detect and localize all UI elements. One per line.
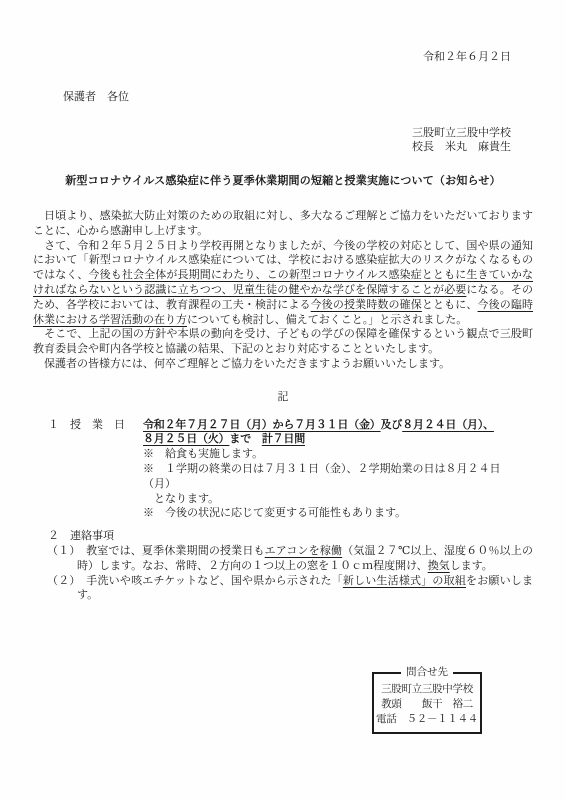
document-date: 令和２年６月２日 [33, 50, 511, 65]
contact-phone-number: 電話 ５２－１１４４ [376, 712, 478, 727]
section1-content: 令和２年７月２７日（月）から７月３１日（金）及び８月２４日（月）、 ８月２５日（… [143, 418, 533, 522]
greeting-text: 日頃より、感染拡大防止対策のための取組に対し、多大なるご理解とご協力をいただいて… [33, 210, 533, 237]
paragraph-request: 保護者の皆様方には、何卒ご理解とご協力をいただきますようお願いいたします。 [33, 357, 533, 372]
class-days-conj: 及び [381, 419, 403, 431]
section2-heading: ２ 連絡事項 [48, 529, 533, 544]
notice1-text-3: します。 [450, 560, 493, 572]
class-days-total: 計７日間 [262, 433, 305, 445]
notice-item-lifestyle: （２） 手洗いや咳エチケットなど、国や県から示された「新しい生活様式」の取組をお… [47, 574, 533, 604]
ki-marker: 記 [33, 390, 533, 405]
letter-body: 日頃より、感染拡大防止対策のための取組に対し、多大なるご理解とご協力をいただいて… [33, 209, 533, 372]
sender-principal-name: 校長 米丸 麻貴生 [33, 140, 511, 155]
sender-block: 三股町立三股中学校 校長 米丸 麻貴生 [33, 126, 511, 156]
background-underlined-2: 今後の授業時数の確保 [311, 299, 422, 311]
contact-box-legend: 問合せ先 [401, 665, 453, 680]
background-text-3: とともに、 [422, 299, 478, 311]
notice1-text-1: （１） 教室では、夏季休業期間の授業日も [47, 545, 265, 557]
class-days-dates-3: ８月２５日（火） [143, 433, 229, 445]
background-text-4: についても検討し、備えておくこと。」と示されました。 [187, 314, 467, 326]
notice1-underlined-ventilation: 換気 [428, 560, 450, 572]
sender-school-name: 三股町立三股中学校 [33, 126, 511, 141]
note-subject-to-change: ※ 今後の状況に応じて変更する可能性もあります。 [143, 506, 533, 521]
section-class-days: １ 授 業 日 令和２年７月２７日（月）から７月３１日（金）及び８月２４日（月）… [48, 418, 533, 522]
contact-school-name: 三股町立三股中学校 [376, 682, 478, 697]
note-term-dates: ※ １学期の終業の日は７月３１日（金）、２学期始業の日は８月２４日（月） となり… [143, 462, 533, 506]
section2-label: 連絡事項 [70, 529, 114, 544]
contact-person-name: 教頭 飯干 裕二 [376, 697, 478, 712]
class-days-line2: ８月２５日（火）まで 計７日間 [143, 432, 533, 447]
notice1-underlined-aircon: エアコンを稼働 [265, 545, 343, 557]
note-lunch: ※ 給食も実施します。 [143, 447, 533, 462]
section2-number: ２ [48, 529, 70, 544]
paragraph-greeting: 日頃より、感染拡大防止対策のための取組に対し、多大なるご理解とご協力をいただいて… [33, 209, 533, 239]
contact-info-box: 問合せ先 三股町立三股中学校 教頭 飯干 裕二 電話 ５２－１１４４ [372, 672, 482, 734]
class-days-dates-2: ８月２４日（月）、 [402, 419, 494, 431]
scanned-letter-page: 令和２年６月２日 保護者 各位 三股町立三股中学校 校長 米丸 麻貴生 新型コロ… [0, 0, 566, 800]
request-text: 保護者の皆様方には、何卒ご理解とご協力をいただきますようお願いいたします。 [33, 358, 450, 370]
paragraph-background: さて、令和２年５月２５日より学校再開となりましたが、今後の学校の対応として、国や… [33, 239, 533, 328]
decision-text: そこで、上記の国の方針や本県の動向を受け、子どもの学びの保障を確保するという観点… [33, 328, 533, 355]
paragraph-decision: そこで、上記の国の方針や本県の動向を受け、子どもの学びの保障を確保するという観点… [33, 327, 533, 357]
notice-item-aircon: （１） 教室では、夏季休業期間の授業日もエアコンを稼働（気温２７℃以上、湿度６０… [47, 544, 533, 574]
document-title: 新型コロナウイルス感染症に伴う夏季休業期間の短縮と授業実施について（お知らせ） [33, 174, 533, 189]
notice2-text-1: （２） 手洗いや咳エチケットなど、国や県から示された「 [47, 575, 343, 587]
section1-number: １ [48, 418, 70, 433]
recipient-line: 保護者 各位 [63, 90, 533, 105]
class-days-dates-1: 令和２年７月２７日（月）から７月３１日（金） [143, 419, 381, 431]
notice2-underlined-lifestyle: 新しい生活様式」の取組 [343, 575, 466, 587]
class-days-line1: 令和２年７月２７日（月）から７月３１日（金）及び８月２４日（月）、 [143, 418, 533, 433]
section1-label: 授 業 日 [70, 418, 143, 433]
class-days-made: まで [229, 433, 261, 445]
background-underlined-1: 今後も社会全体が長期間にわたり、この新型コロナウイルス感染症とともに生きていかな… [33, 269, 533, 296]
section-notices: ２ 連絡事項 （１） 教室では、夏季休業期間の授業日もエアコンを稼働（気温２７℃… [33, 529, 533, 603]
